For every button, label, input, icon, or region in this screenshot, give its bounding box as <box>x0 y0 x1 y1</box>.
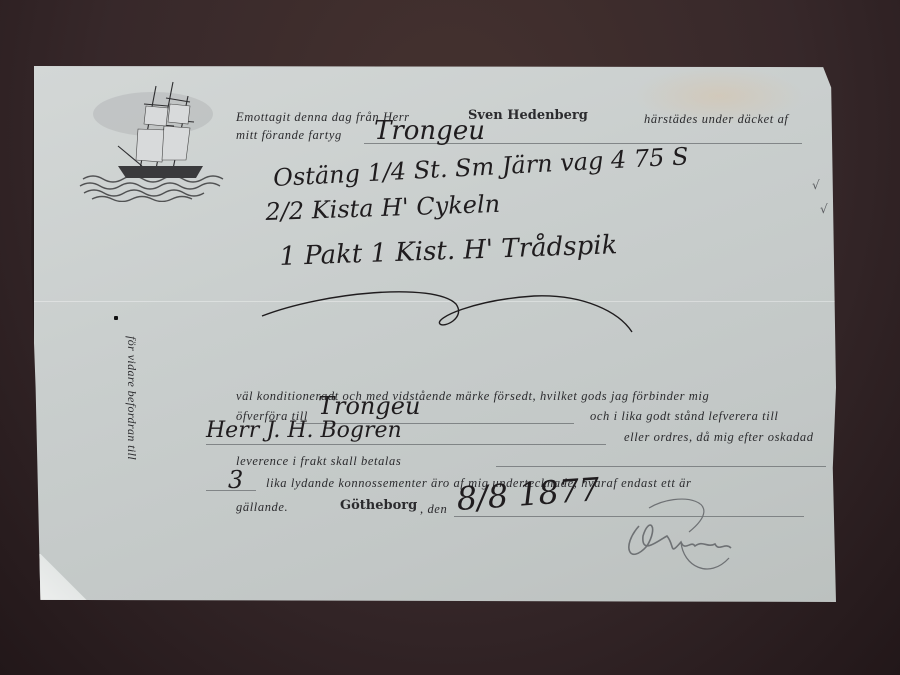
place-name: Götheborg <box>340 498 417 513</box>
check-mark-1: √ <box>812 178 820 192</box>
date-label: , den <box>420 502 447 517</box>
shipper-name: Sven Hedenberg <box>468 108 588 123</box>
destination-handwritten: Trongeu <box>318 392 420 420</box>
copies-number-handwritten: 3 <box>228 466 243 494</box>
folded-corner <box>34 554 94 602</box>
cargo-line-3: 1 Pakt 1 Kist. H' Trådspik <box>279 230 618 272</box>
condition-text: väl konditioneradt och med vidstående mä… <box>236 389 709 404</box>
consignee-line <box>206 444 606 445</box>
valid-label: gällande. <box>236 500 288 515</box>
signature: Bergström <box>619 496 759 576</box>
cargo-line-2: 2/2 Kista H' Cykeln <box>265 190 501 226</box>
deliver-in-condition-label: och i lika godt stånd lefverera till <box>590 409 778 424</box>
loaded-under-deck-label: härstädes under däcket af <box>644 112 789 127</box>
check-mark-2: √ <box>820 202 828 216</box>
consignee-handwritten: Herr J. H. Bogren <box>206 418 402 443</box>
cargo-line-1: Ostäng 1/4 St. Sm Järn vag 4 75 S <box>273 142 690 192</box>
freight-label: leverence i frakt skall betalas <box>236 454 401 469</box>
side-forwarding-text: för vidare befordran till <box>124 336 139 460</box>
check-mark-3: √ <box>834 258 842 272</box>
ink-flourish <box>244 282 644 342</box>
vessel-name-handwritten: Trongeu <box>374 116 485 146</box>
svg-text:Bergström: Bergström <box>629 569 634 572</box>
bill-of-lading-paper: Emottagit denna dag från Herr Sven Heden… <box>34 66 836 602</box>
punch-mark <box>114 316 118 320</box>
freight-line <box>496 466 826 467</box>
orders-label: eller ordres, då mig efter oskadad <box>624 430 814 445</box>
vessel-label: mitt förande fartyg <box>236 128 342 143</box>
sailing-ship-engraving-icon <box>78 74 228 202</box>
